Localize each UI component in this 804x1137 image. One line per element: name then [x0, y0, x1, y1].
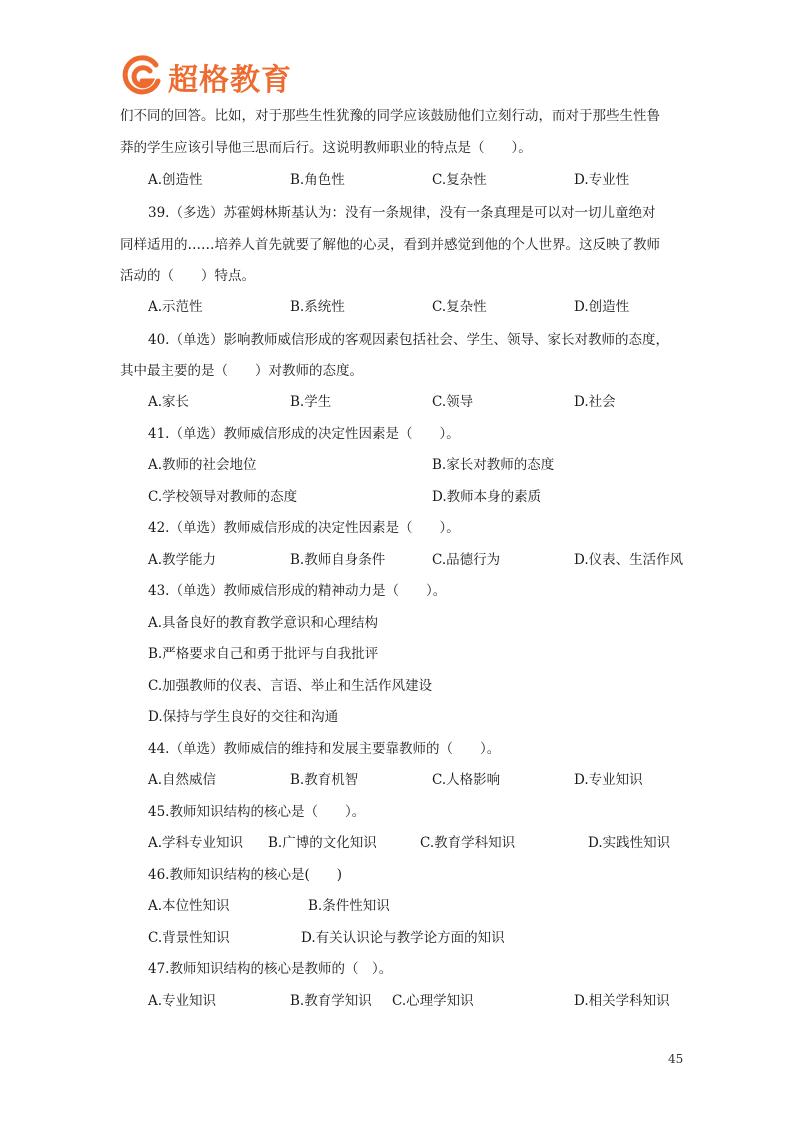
option-c: C.领导 — [432, 392, 473, 412]
question-text: 莽的学生应该引导他三思而后行。这说明教师职业的特点是（ ）。 — [120, 138, 532, 158]
option-b: B.系统性 — [290, 297, 345, 317]
question-44: 44.（单选）教师威信的维持和发展主要靠教师的（ ）。 — [148, 739, 500, 759]
option-d: D.专业知识 — [574, 770, 643, 790]
question-46: 46.教师知识结构的核心是( ) — [148, 865, 342, 885]
question-text: 同样适用的……培养人首先就要了解他的心灵，看到并感觉到他的个人世界。这反映了教师 — [120, 235, 660, 255]
question-text: 其中最主要的是（ ）对教师的态度。 — [120, 361, 363, 381]
question-40: 40.（单选）影响教师威信形成的客观因素包括社会、学生、领导、家长对教师的态度， — [148, 330, 669, 350]
option-c: C.心理学知识 — [392, 991, 474, 1011]
option-a: A.教师的社会地位 — [148, 455, 257, 475]
option-d: D.专业性 — [574, 170, 629, 190]
question-45: 45.教师知识结构的核心是（ ）。 — [148, 802, 365, 822]
option-d: D.仪表、生活作风 — [574, 550, 683, 570]
option-a: A.自然威信 — [148, 770, 216, 790]
option-b: B.严格要求自己和勇于批评与自我批评 — [148, 644, 378, 664]
option-a: A.创造性 — [148, 170, 203, 190]
brand-logo: 超格教育 — [120, 56, 292, 98]
option-a: A.具备良好的教育教学意识和心理结构 — [148, 613, 378, 633]
option-b: B.角色性 — [290, 170, 345, 190]
option-a: A.专业知识 — [148, 991, 216, 1011]
brand-name: 超格教育 — [168, 55, 292, 99]
option-c: C.人格影响 — [432, 770, 500, 790]
option-c: C.复杂性 — [432, 297, 487, 317]
option-c: C.品德行为 — [432, 550, 500, 570]
question-42: 42.（单选）教师威信形成的决定性因素是（ ）。 — [148, 518, 460, 538]
option-b: B.条件性知识 — [308, 896, 390, 916]
option-a: A.本位性知识 — [148, 896, 230, 916]
logo-g-icon — [120, 55, 164, 99]
question-text: 活动的（ ）特点。 — [120, 266, 255, 286]
option-d: D.有关认识论与教学论方面的知识 — [301, 928, 505, 948]
option-d: D.保持与学生良好的交往和沟通 — [148, 707, 338, 727]
question-43: 43.（单选）教师威信形成的精神动力是（ ）。 — [148, 581, 446, 601]
option-b: B.教育机智 — [290, 770, 358, 790]
option-c: C.教育学科知识 — [420, 833, 515, 853]
option-a: A.教学能力 — [148, 550, 216, 570]
option-b: B.教育学知识 — [290, 991, 372, 1011]
option-d: D.实践性知识 — [588, 833, 670, 853]
option-b: B.学生 — [290, 392, 331, 412]
option-c: C.背景性知识 — [148, 928, 230, 948]
page-number: 45 — [668, 1052, 683, 1066]
option-d: D.教师本身的素质 — [432, 487, 541, 507]
question-41: 41.（单选）教师威信形成的决定性因素是（ ）。 — [148, 424, 460, 444]
option-b: B.教师自身条件 — [290, 550, 385, 570]
option-d: D.社会 — [574, 392, 616, 412]
option-c: C.学校领导对教师的态度 — [148, 487, 297, 507]
option-d: D.创造性 — [574, 297, 629, 317]
option-c: C.加强教师的仪表、言语、举止和生活作风建设 — [148, 676, 432, 696]
option-a: A.学科专业知识 — [148, 833, 243, 853]
option-b: B.家长对教师的态度 — [432, 455, 554, 475]
question-text: 们不同的回答。比如，对于那些生性犹豫的同学应该鼓励他们立刻行动，而对于那些生性鲁 — [120, 106, 660, 126]
question-47: 47.教师知识结构的核心是教师的（ ）。 — [148, 959, 392, 979]
option-b: B.广博的文化知识 — [268, 833, 377, 853]
option-d: D.相关学科知识 — [574, 991, 670, 1011]
option-a: A.家长 — [148, 392, 189, 412]
question-39: 39.（多选）苏霍姆林斯基认为：没有一条规律，没有一条真理是可以对一切儿童绝对 — [148, 203, 655, 223]
option-a: A.示范性 — [148, 297, 203, 317]
option-c: C.复杂性 — [432, 170, 487, 190]
